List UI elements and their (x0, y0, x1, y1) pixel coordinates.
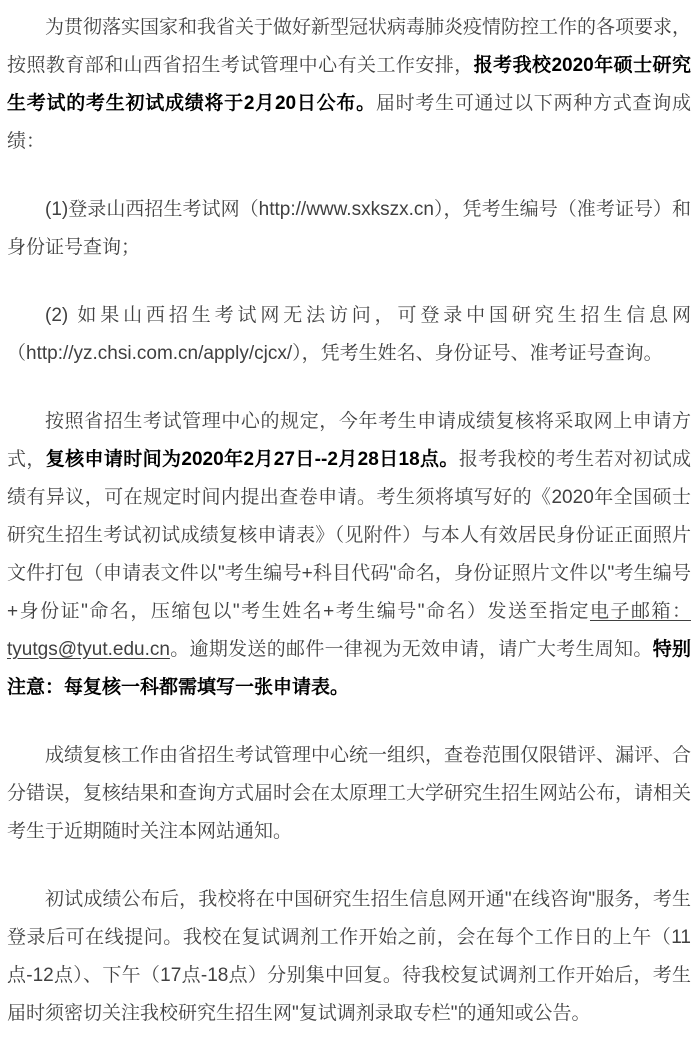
text-run: 成绩复核工作由省招生考试管理中心统一组织，查卷范围仅限错评、漏评、合分错误，复核… (7, 745, 691, 842)
paragraph: (2) 如果山西招生考试网无法访问，可登录中国研究生招生信息网（http://y… (7, 297, 691, 373)
notice-article: 为贯彻落实国家和我省关于做好新型冠状病毒肺炎疫情防控工作的各项要求，按照教育部和… (0, 0, 698, 1051)
bold-text-run: 复核申请时间为2020年2月27日--2月28日18点。 (46, 449, 459, 470)
paragraph: (1)登录山西招生考试网（http://www.sxkszx.cn），凭考生编号… (7, 191, 691, 267)
paragraph: 按照省招生考试管理中心的规定，今年考生申请成绩复核将采取网上申请方式，复核申请时… (7, 403, 691, 707)
paragraph: 成绩复核工作由省招生考试管理中心统一组织，查卷范围仅限错评、漏评、合分错误，复核… (7, 737, 691, 851)
paragraph: 初试成绩公布后，我校将在中国研究生招生信息网开通"在线咨询"服务，考生登录后可在… (7, 881, 691, 1033)
text-run: (1)登录山西招生考试网（http://www.sxkszx.cn），凭考生编号… (7, 199, 691, 258)
text-run: 报考我校的考生若对初试成绩有异议，可在规定时间内提出查卷申请。考生须将填写好的《… (7, 449, 691, 622)
text-run: 初试成绩公布后，我校将在中国研究生招生信息网开通"在线咨询"服务，考生登录后可在… (7, 889, 691, 1024)
paragraph: 为贯彻落实国家和我省关于做好新型冠状病毒肺炎疫情防控工作的各项要求，按照教育部和… (7, 9, 691, 161)
text-run: (2) 如果山西招生考试网无法访问，可登录中国研究生招生信息网（http://y… (7, 305, 691, 364)
text-run: 。逾期发送的邮件一律视为无效申请，请广大考生周知。 (170, 639, 653, 660)
